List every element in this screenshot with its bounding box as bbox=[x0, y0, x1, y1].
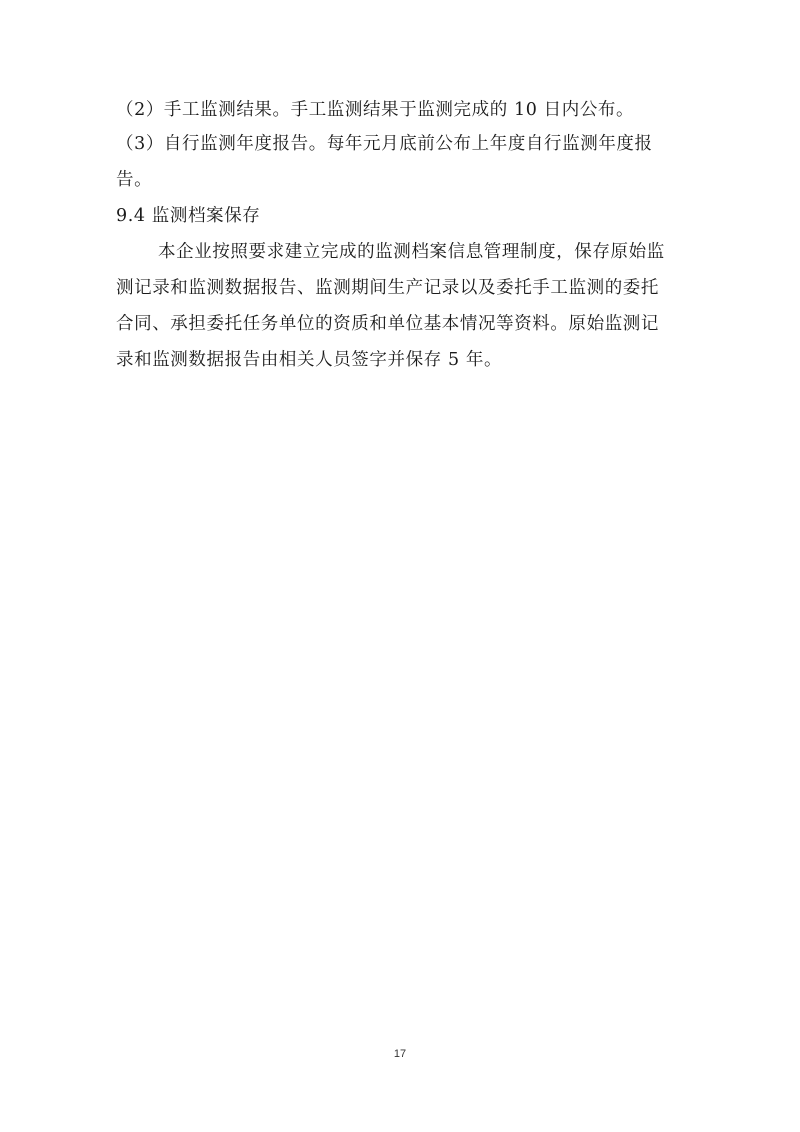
list-item-annual-report-continued: 告。 bbox=[116, 166, 152, 191]
section-heading: 9.4 监测档案保存 bbox=[116, 202, 260, 227]
list-item-manual-monitoring-results: （2）手工监测结果。手工监测结果于监测完成的 10 日内公布。 bbox=[116, 96, 634, 121]
paragraph-line: 测记录和监测数据报告、监测期间生产记录以及委托手工监测的委托 bbox=[116, 274, 659, 299]
paragraph-line: 录和监测数据报告由相关人员签字并保存 5 年。 bbox=[116, 346, 502, 371]
paragraph-line: 本企业按照要求建立完成的监测档案信息管理制度，保存原始监 bbox=[158, 238, 665, 263]
paragraph-line: 合同、承担委托任务单位的资质和单位基本情况等资料。原始监测记 bbox=[116, 310, 659, 335]
page-number: 17 bbox=[0, 1048, 800, 1060]
list-item-annual-report: （3）自行监测年度报告。每年元月底前公布上年度自行监测年度报 bbox=[116, 130, 653, 155]
